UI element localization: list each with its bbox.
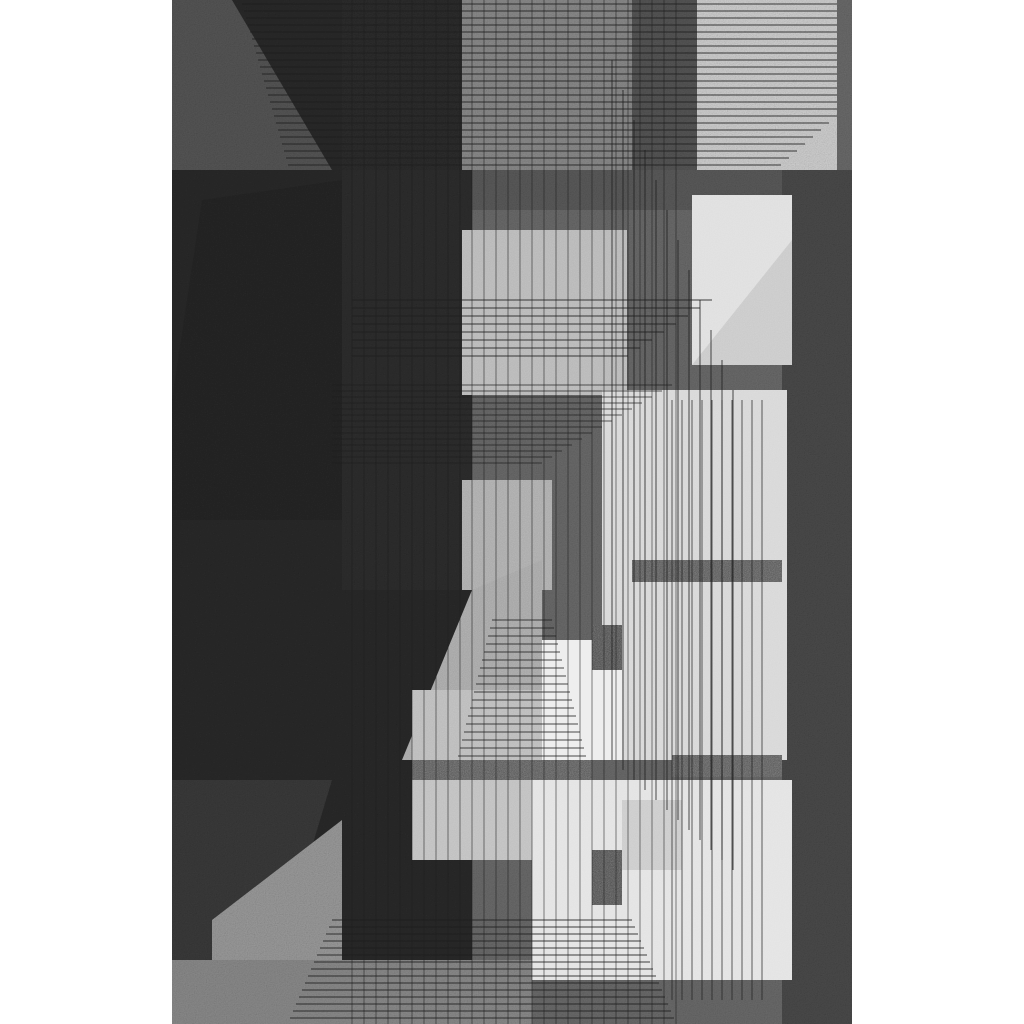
artwork-canvas bbox=[172, 0, 852, 1024]
abstract-artwork bbox=[172, 0, 852, 1024]
